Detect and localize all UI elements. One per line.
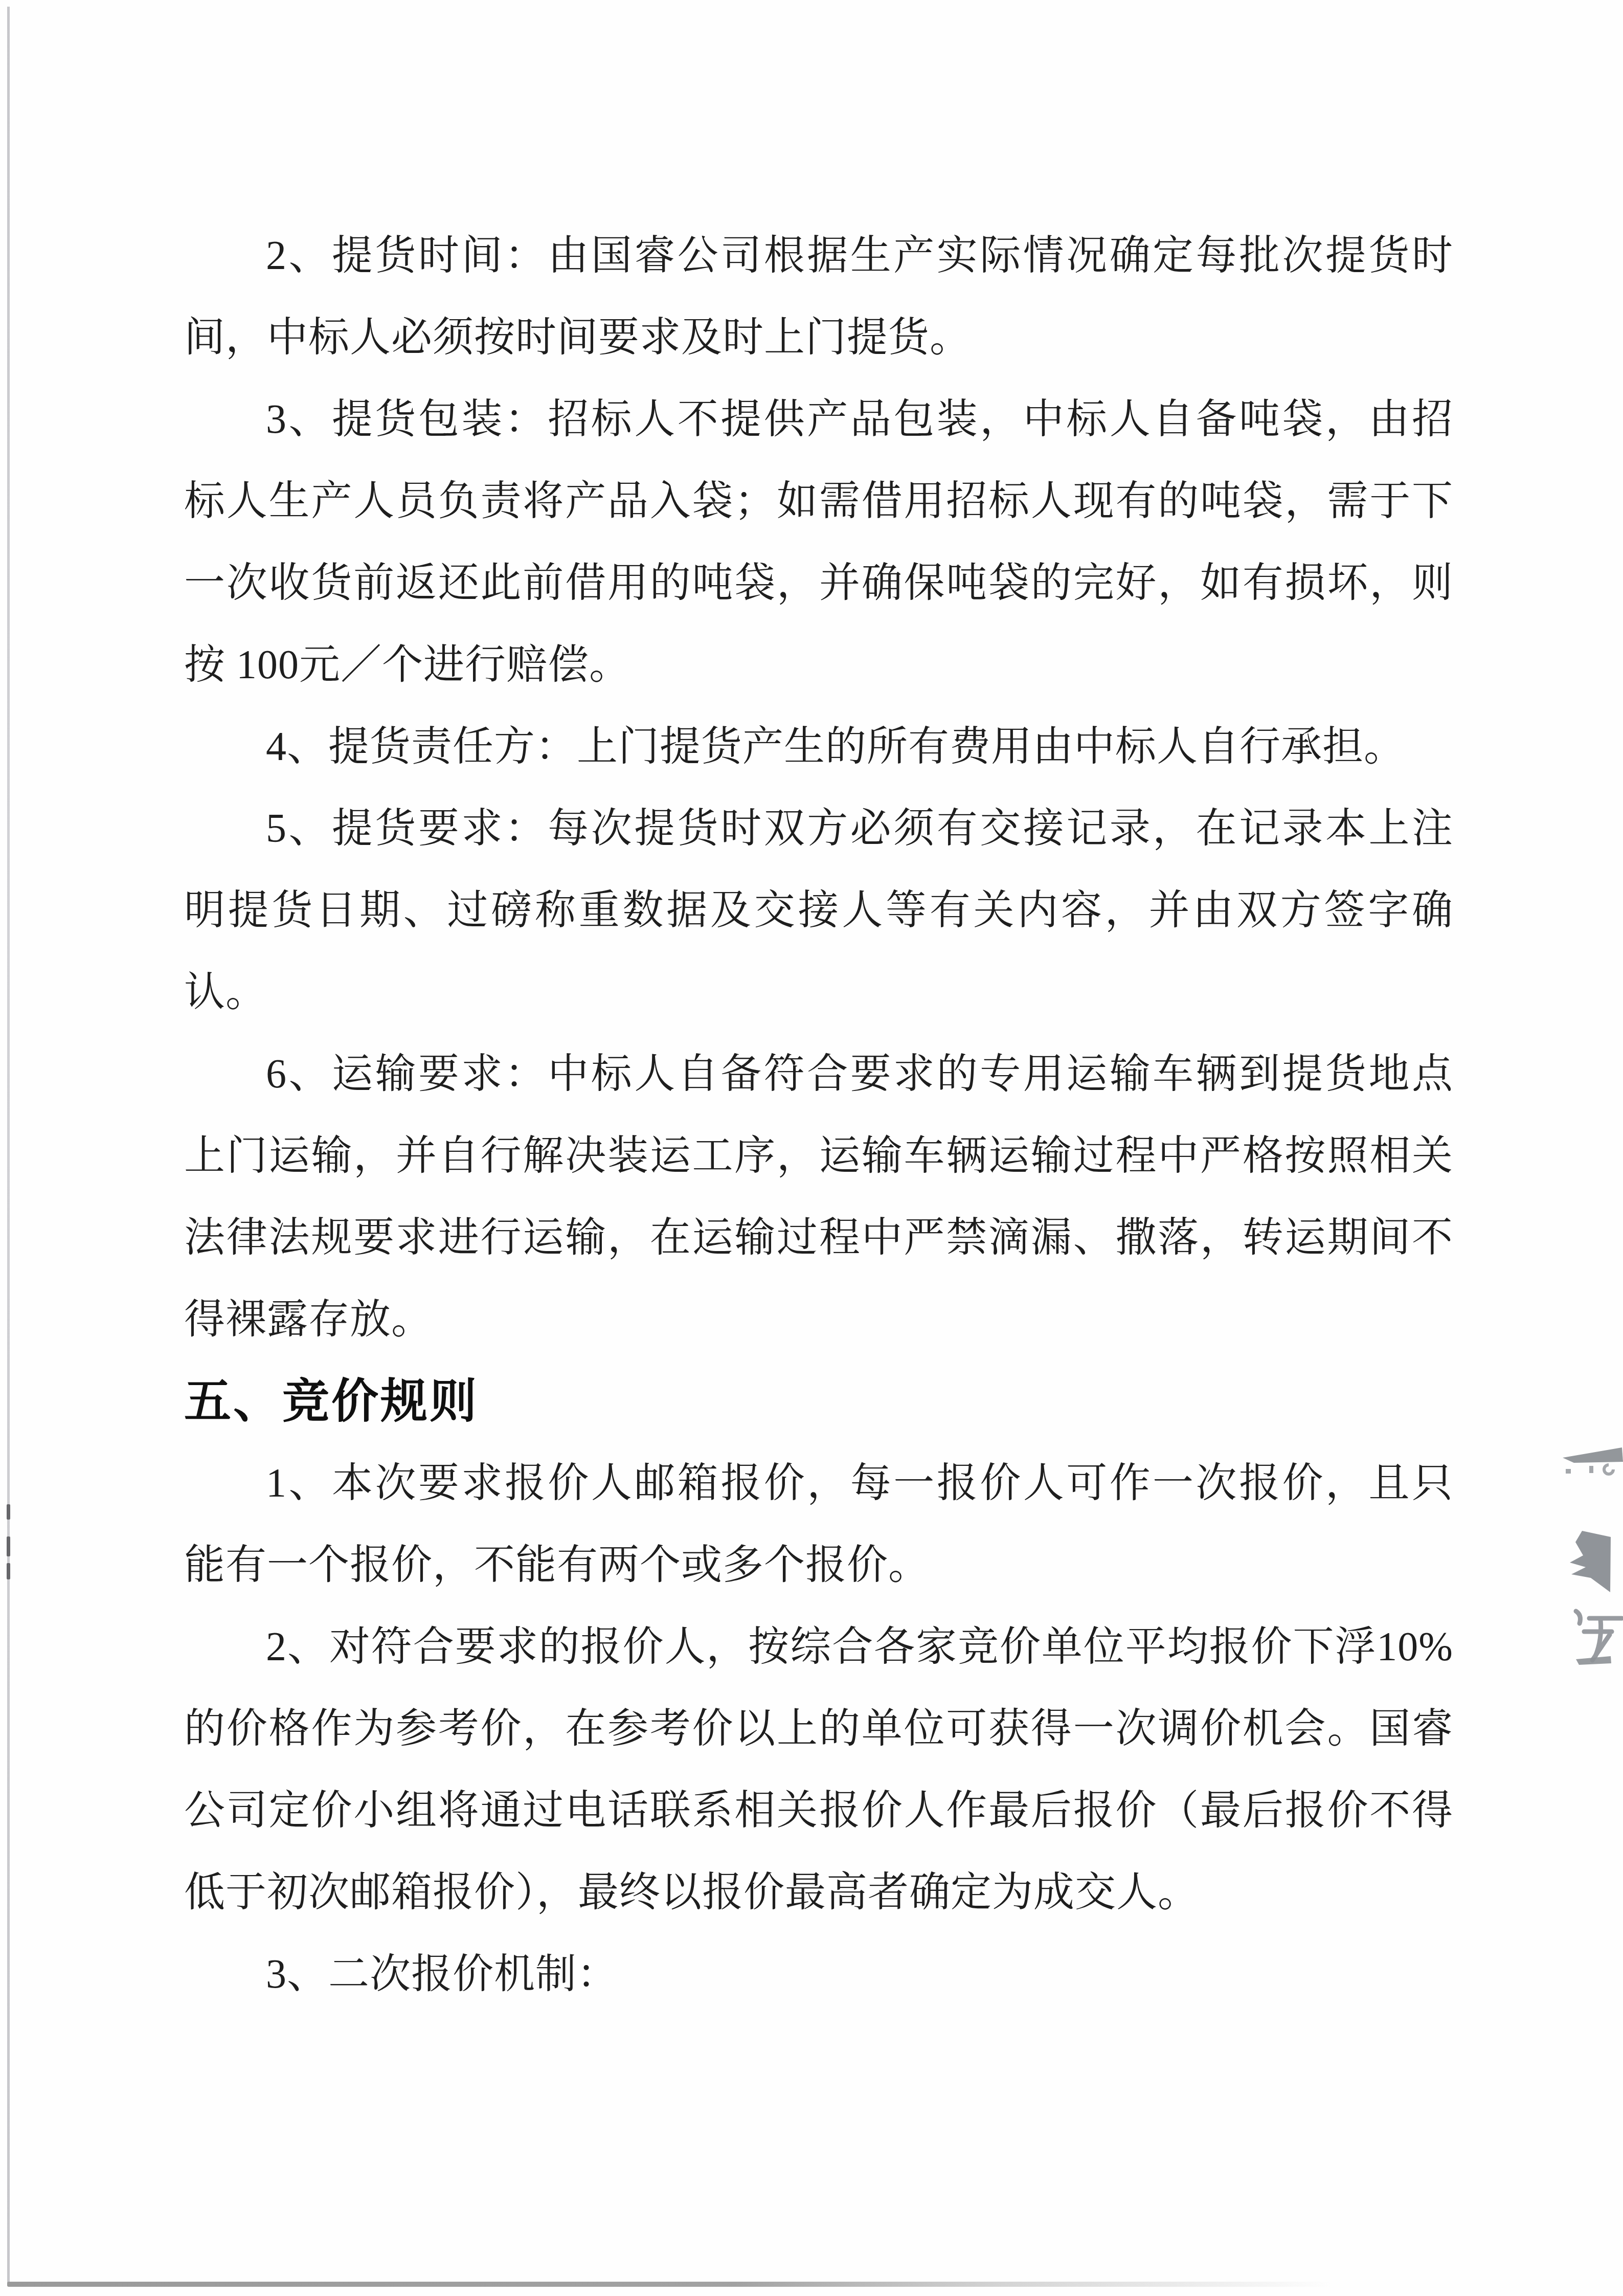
text-line: 3、二次报价机制： (184, 1933, 1453, 2015)
text-line: 2、对符合要求的报价人，按综合各家竞价单位平均报价下浮10% (184, 1606, 1453, 1688)
scan-edge-dash (7, 1536, 10, 1556)
scanned-page: 2、提货时间：由国睿公司根据生产实际情况确定每批次提货时间，中标人必须按时间要求… (0, 0, 1623, 2296)
text-line: 标人生产人员负责将产品入袋；如需借用招标人现有的吨袋，需于下 (184, 460, 1453, 542)
text-line: 上门运输，并自行解决装运工序，运输车辆运输过程中严格按照相关 (184, 1115, 1453, 1197)
scan-artifact-arrow (1562, 1527, 1623, 1598)
text-line: 2、提货时间：由国睿公司根据生产实际情况确定每批次提货时 (184, 215, 1453, 297)
document-body: 2、提货时间：由国睿公司根据生产实际情况确定每批次提货时间，中标人必须按时间要求… (184, 215, 1453, 2015)
text-line: 4、提货责任方：上门提货产生的所有费用由中标人自行承担。 (184, 706, 1453, 788)
text-line: 一次收货前返还此前借用的吨袋，并确保吨袋的完好，如有损坏，则 (184, 542, 1453, 624)
text-line: 认。 (184, 951, 1453, 1033)
text-line: 6、运输要求：中标人自备符合要求的专用运输车辆到提货地点 (184, 1033, 1453, 1115)
text-line: 能有一个报价，不能有两个或多个报价。 (184, 1524, 1453, 1606)
text-line: 低于初次邮箱报价），最终以报价最高者确定为成交人。 (184, 1852, 1453, 1933)
scan-edge-left-line (7, 7, 10, 2284)
text-line: 得裸露存放。 (184, 1279, 1453, 1361)
text-line: 5、提货要求：每次提货时双方必须有交接记录，在记录本上注 (184, 788, 1453, 870)
section-heading: 五、竞价规则 (184, 1361, 1453, 1442)
scan-artifact-handwriting (1562, 1605, 1623, 1671)
text-line: 公司定价小组将通过电话联系相关报价人作最后报价（最后报价不得 (184, 1770, 1453, 1852)
scan-edge-bottom-line (7, 2282, 1332, 2287)
text-line: 法律法规要求进行运输，在运输过程中严禁滴漏、撒落，转运期间不 (184, 1197, 1453, 1279)
text-line: 的价格作为参考价，在参考价以上的单位可获得一次调价机会。国睿 (184, 1688, 1453, 1770)
scan-edge-dash (7, 1504, 10, 1520)
text-line: 按 100元／个进行赔偿。 (184, 624, 1453, 706)
scan-edge-dash (7, 1563, 10, 1579)
text-line: 间，中标人必须按时间要求及时上门提货。 (184, 297, 1453, 378)
scan-artifact-streak (1562, 1446, 1623, 1479)
text-line: 3、提货包装：招标人不提供产品包装，中标人自备吨袋，由招 (184, 378, 1453, 460)
text-line: 1、本次要求报价人邮箱报价，每一报价人可作一次报价，且只 (184, 1442, 1453, 1524)
text-line: 明提货日期、过磅称重数据及交接人等有关内容，并由双方签字确 (184, 870, 1453, 951)
